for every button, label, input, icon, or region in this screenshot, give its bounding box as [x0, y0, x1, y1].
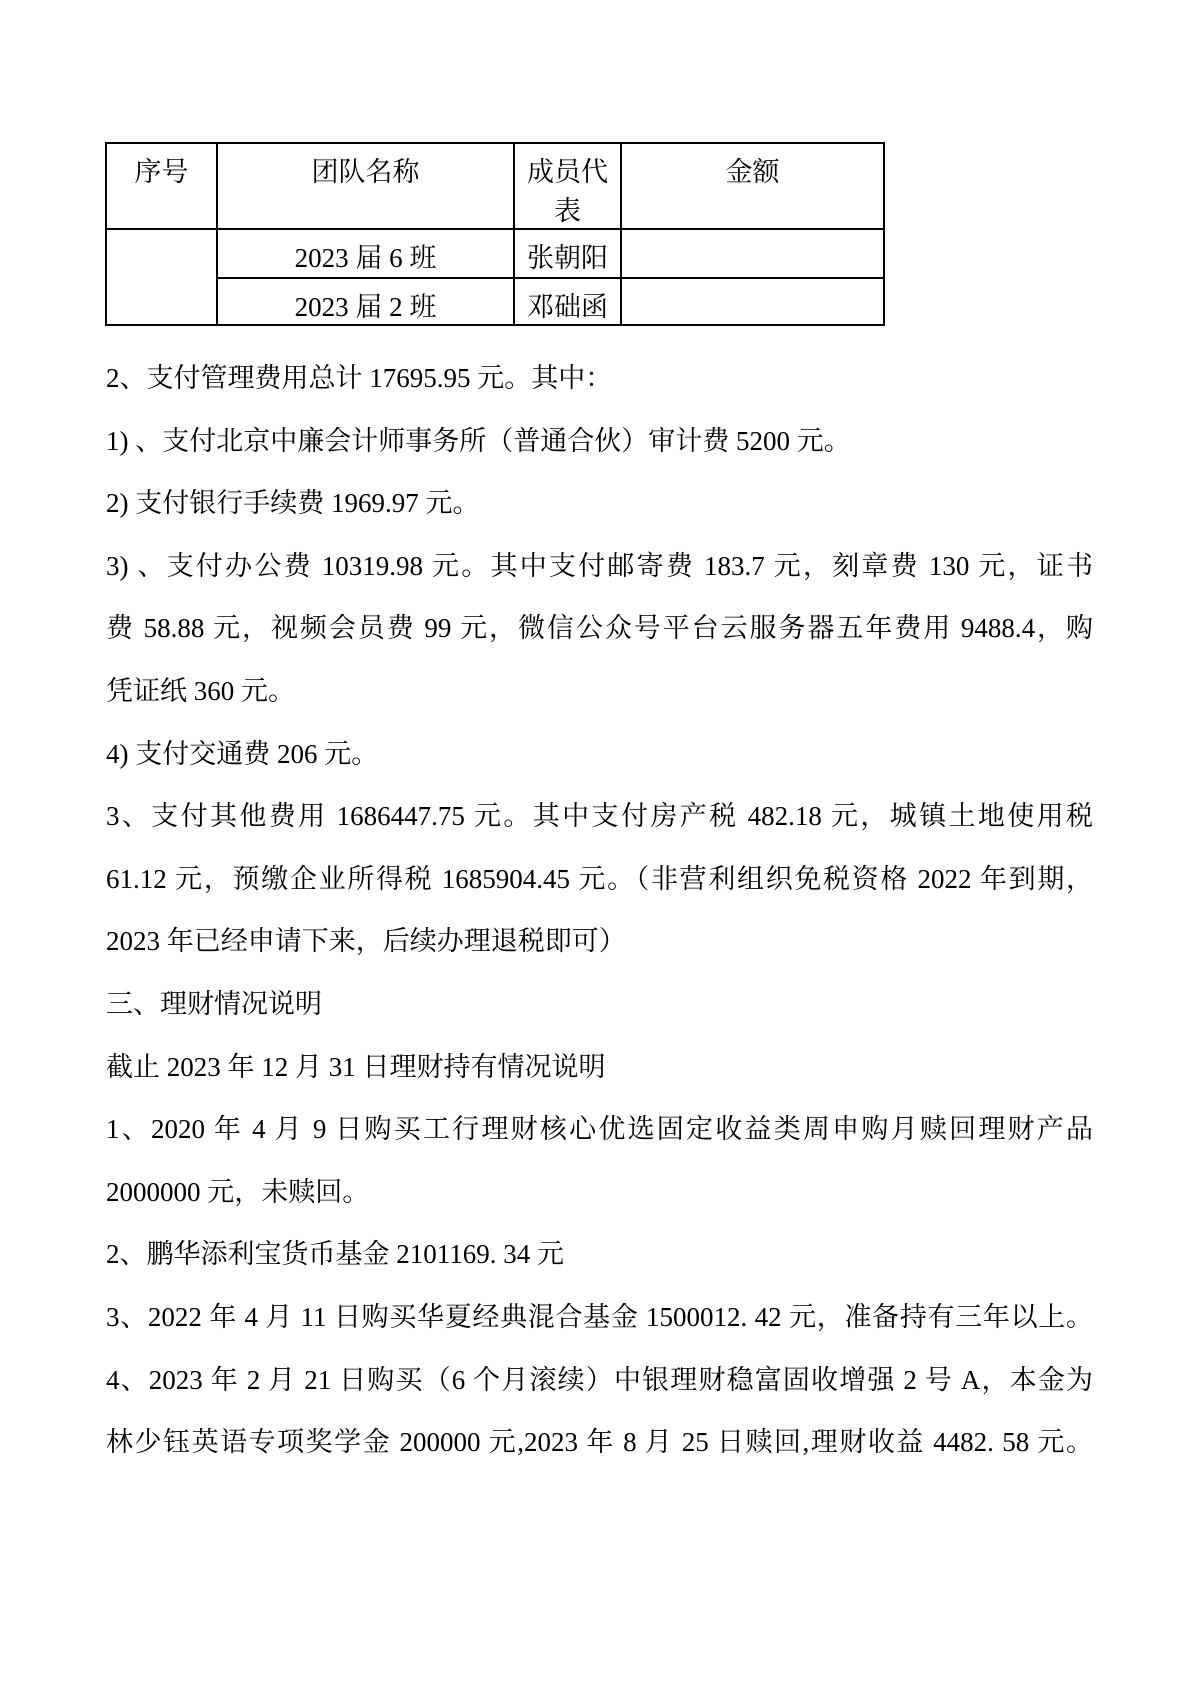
text-line: 1、2020 年 4 月 9 日购买工行理财核心优选固定收益类周申购月赎回理财产…: [106, 1098, 1093, 1161]
text-line: 2000000 元，未赎回。: [106, 1161, 1093, 1224]
table-cell-amount: [621, 278, 884, 325]
text-line: 2、支付管理费用总计 17695.95 元。其中：: [106, 347, 1093, 410]
table-cell-team: 2023 届 2 班: [217, 278, 514, 325]
text-line: 2) 支付银行手续费 1969.97 元。: [106, 472, 1093, 535]
text-line: 1) 、支付北京中廉会计师事务所（普通合伙）审计费 5200 元。: [106, 410, 1093, 473]
text-line: 4、2023 年 2 月 21 日购买（6 个月滚续）中银理财稳富固收增强 2 …: [106, 1349, 1093, 1412]
text-line: 4) 支付交通费 206 元。: [106, 723, 1093, 786]
table-row: 2023 届 2 班 邓础函: [106, 278, 884, 325]
text-line: 费 58.88 元，视频会员费 99 元，微信公众号平台云服务器五年费用 948…: [106, 597, 1093, 660]
text-line: 3、2022 年 4 月 11 日购买华夏经典混合基金 1500012. 42 …: [106, 1286, 1093, 1349]
section-heading: 三、理财情况说明: [106, 973, 1093, 1036]
text-line: 2、鹏华添利宝货币基金 2101169. 34 元: [106, 1223, 1093, 1286]
table-cell-representative: 邓础函: [514, 278, 621, 325]
table-cell-team: 2023 届 6 班: [217, 229, 514, 278]
table-header-amount: 金额: [621, 143, 884, 229]
document-page: 序号 团队名称 成员代表 金额 2023 届 6 班 张朝阳 2023 届 2 …: [0, 0, 1190, 1683]
table-header-representative: 成员代表: [514, 143, 621, 229]
body-text: 2、支付管理费用总计 17695.95 元。其中： 1) 、支付北京中廉会计师事…: [106, 347, 1093, 1474]
table-row: 2023 届 6 班 张朝阳: [106, 229, 884, 278]
text-line: 61.12 元，预缴企业所得税 1685904.45 元。（非营利组织免税资格 …: [106, 848, 1093, 911]
teams-table: 序号 团队名称 成员代表 金额 2023 届 6 班 张朝阳 2023 届 2 …: [105, 142, 885, 326]
text-line: 3、支付其他费用 1686447.75 元。其中支付房产税 482.18 元，城…: [106, 785, 1093, 848]
table-header-seq: 序号: [106, 143, 217, 229]
table-cell-seq: [106, 229, 217, 325]
table-cell-amount: [621, 229, 884, 278]
text-line: 2023 年已经申请下来，后续办理退税即可）: [106, 910, 1093, 973]
text-line: 截止 2023 年 12 月 31 日理财持有情况说明: [106, 1036, 1093, 1099]
text-line: 3) 、支付办公费 10319.98 元。其中支付邮寄费 183.7 元，刻章费…: [106, 535, 1093, 598]
table-header-row: 序号 团队名称 成员代表 金额: [106, 143, 884, 229]
table-header-team: 团队名称: [217, 143, 514, 229]
text-line: 凭证纸 360 元。: [106, 660, 1093, 723]
table-cell-representative: 张朝阳: [514, 229, 621, 278]
text-line: 林少钰英语专项奖学金 200000 元,2023 年 8 月 25 日赎回,理财…: [106, 1411, 1093, 1474]
